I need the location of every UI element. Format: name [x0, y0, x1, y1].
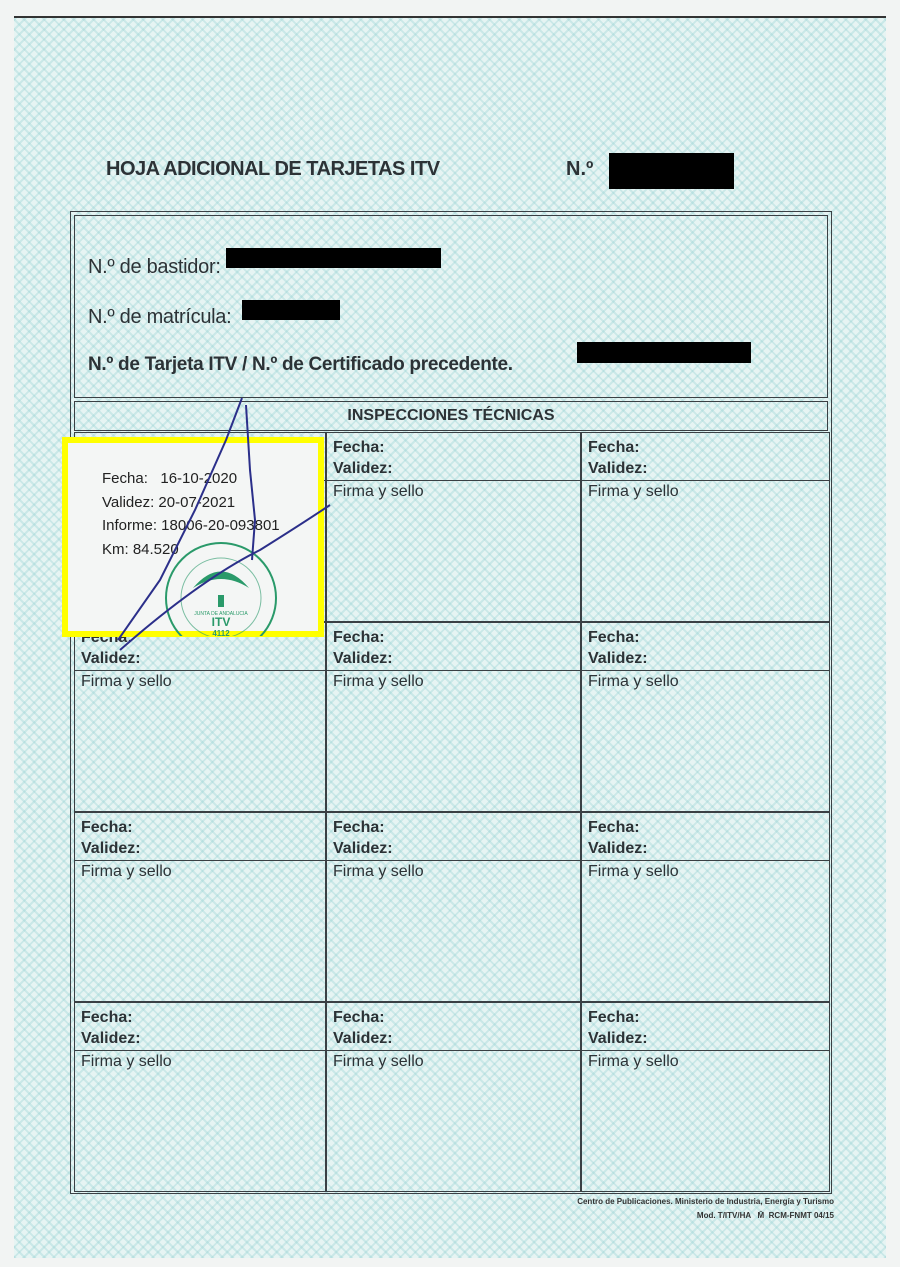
validity-label: Validez:	[588, 1028, 823, 1049]
stamp-validity: Validez: 20-07-2021	[102, 491, 280, 515]
plate-redacted	[242, 300, 340, 320]
card-redacted	[577, 342, 751, 363]
signature-label: Firma y sello	[582, 1051, 829, 1073]
fnmt-icon: M̄	[753, 1211, 766, 1220]
document-number-redacted	[609, 153, 734, 189]
inspection-cell: Fecha:Validez:Firma y sello	[74, 622, 326, 812]
inspection-cell: Fecha:Validez:Firma y sello	[581, 812, 830, 1002]
date-label: Fecha:	[81, 817, 319, 838]
date-label: Fecha:	[333, 437, 574, 458]
itv-seal-icon: JUNTA DE ANDALUCIA ITV 4112	[163, 540, 279, 636]
inspection-cell: Fecha:Validez:Firma y sello	[326, 432, 581, 622]
signature-label: Firma y sello	[327, 481, 580, 503]
inspection-cell: Fecha:Validez:Firma y sello	[581, 1002, 830, 1192]
date-label: Fecha:	[333, 1007, 574, 1028]
validity-label: Validez:	[333, 648, 574, 669]
validity-label: Validez:	[333, 1028, 574, 1049]
signature-label: Firma y sello	[327, 1051, 580, 1073]
inspection-cell-header: Fecha:Validez:	[327, 813, 580, 861]
model-code: Mod. T/ITV/HA	[697, 1211, 751, 1220]
validity-label: Validez:	[588, 458, 823, 479]
date-label: Fecha:	[588, 1007, 823, 1028]
inspection-cell: Fecha:Validez:Firma y sello	[74, 1002, 326, 1192]
plate-label: N.º de matrícula:	[88, 306, 231, 329]
inspection-cell-header: Fecha:Validez:	[582, 1003, 829, 1051]
inspection-cell-header: Fecha:Validez:	[327, 1003, 580, 1051]
signature-label: Firma y sello	[582, 671, 829, 693]
validity-label: Validez:	[81, 838, 319, 859]
validity-label: Validez:	[81, 648, 319, 669]
inspection-cell: Fecha:Validez:Firma y sello	[581, 622, 830, 812]
date-label: Fecha:	[588, 437, 823, 458]
inspections-header: INSPECCIONES TÉCNICAS	[74, 401, 828, 431]
footer-model: Mod. T/ITV/HA M̄ RCM-FNMT 04/15	[697, 1211, 834, 1220]
inspection-cell-header: Fecha:Validez:	[75, 813, 325, 861]
signature-label: Firma y sello	[75, 861, 325, 883]
signature-label: Firma y sello	[327, 671, 580, 693]
signature-label: Firma y sello	[582, 481, 829, 503]
inspection-cell-header: Fecha:Validez:	[582, 623, 829, 671]
date-label: Fecha:	[588, 817, 823, 838]
inspection-cell: Fecha:Validez:Firma y sello	[74, 812, 326, 1002]
inspection-cell: Fecha:Validez:Firma y sello	[581, 432, 830, 622]
date-label: Fecha:	[81, 1007, 319, 1028]
card-label: N.º de Tarjeta ITV / N.º de Certificado …	[88, 354, 513, 376]
validity-label: Validez:	[588, 838, 823, 859]
inspection-cell-header: Fecha:Validez:	[582, 433, 829, 481]
document-title: HOJA ADICIONAL DE TARJETAS ITV	[106, 158, 440, 181]
chassis-redacted	[226, 248, 441, 268]
inspection-cell-header: Fecha:Validez:	[327, 623, 580, 671]
signature-label: Firma y sello	[582, 861, 829, 883]
validity-label: Validez:	[333, 458, 574, 479]
svg-text:ITV: ITV	[212, 615, 231, 629]
signature-label: Firma y sello	[75, 671, 325, 693]
date-label: Fecha:	[588, 627, 823, 648]
document-number-label: N.º	[566, 158, 593, 181]
signature-label: Firma y sello	[75, 1051, 325, 1073]
print-code: RCM-FNMT 04/15	[769, 1211, 834, 1220]
inspection-cell: Fecha:Validez:Firma y sello	[326, 1002, 581, 1192]
inspection-cell-header: Fecha:Validez:	[582, 813, 829, 861]
stamp-date: Fecha: 16-10-2020	[102, 467, 280, 491]
chassis-label: N.º de bastidor:	[88, 256, 221, 279]
validity-label: Validez:	[333, 838, 574, 859]
date-label: Fecha:	[333, 817, 574, 838]
inspection-cell-header: Fecha:Validez:	[327, 433, 580, 481]
validity-label: Validez:	[81, 1028, 319, 1049]
stamp-report: Informe: 18006-20-093801	[102, 514, 280, 538]
validity-label: Validez:	[588, 648, 823, 669]
date-label: Fecha:	[333, 627, 574, 648]
inspection-cell: Fecha:Validez:Firma y sello	[326, 622, 581, 812]
footer-publisher: Centro de Publicaciones. Ministerio de I…	[577, 1197, 834, 1206]
inspection-cell: Fecha:Validez:Firma y sello	[326, 812, 581, 1002]
svg-text:4112: 4112	[212, 629, 230, 636]
inspection-cell-header: Fecha:Validez:	[75, 1003, 325, 1051]
signature-label: Firma y sello	[327, 861, 580, 883]
